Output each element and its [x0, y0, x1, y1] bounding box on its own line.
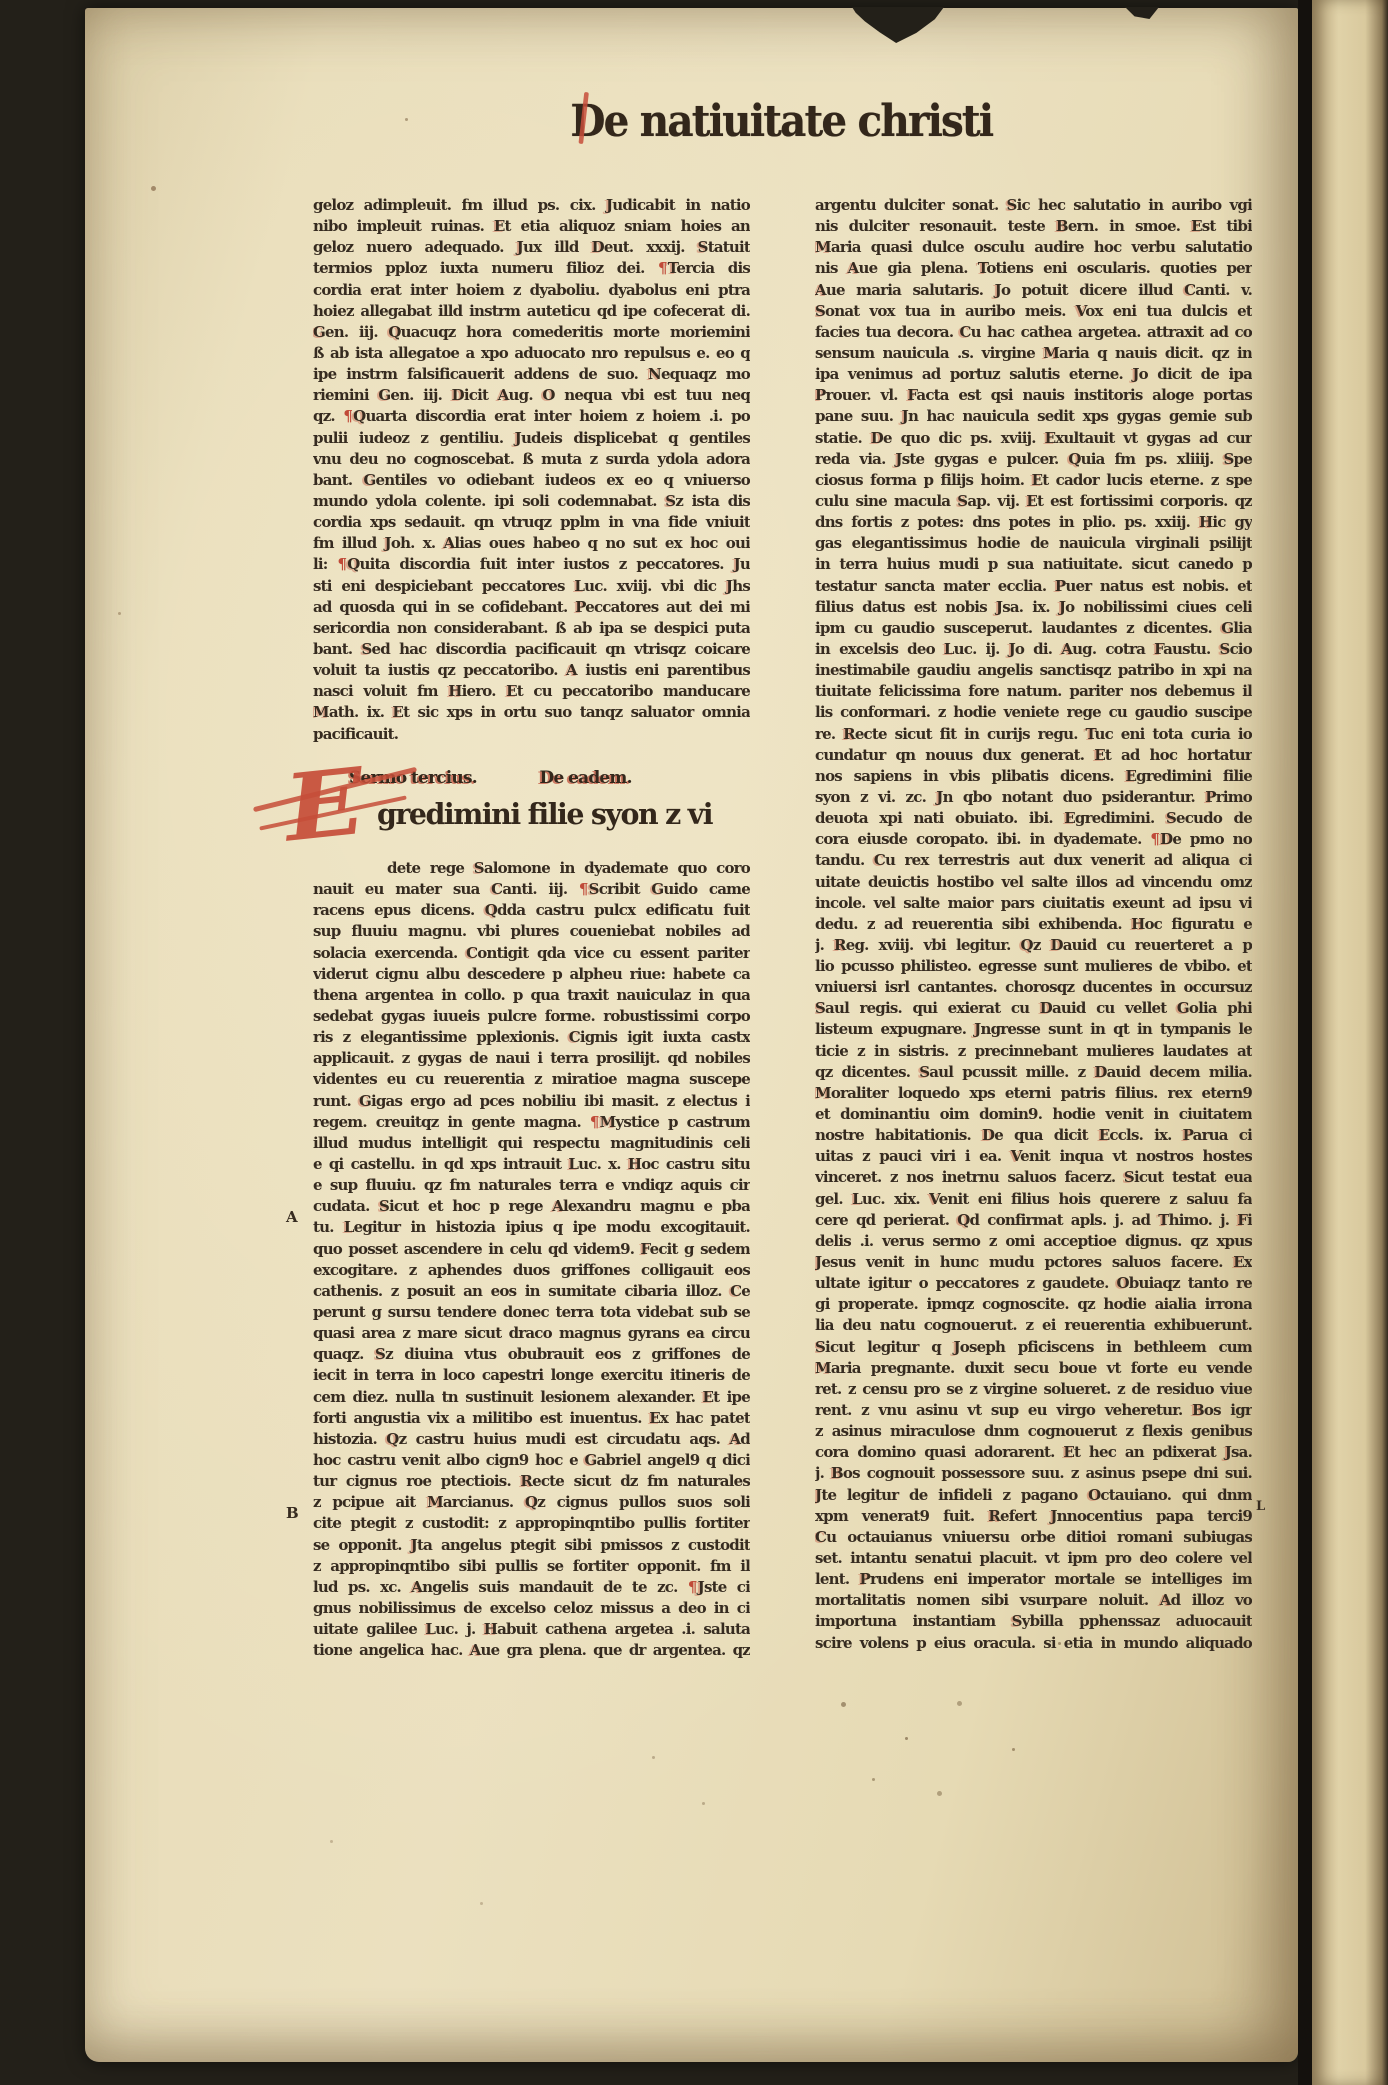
text-line: statie. De quo dic ps. xviij. Exultauit … [815, 428, 1252, 449]
text-line: illud mudus intelligit qui respectu magn… [313, 1133, 750, 1154]
text-line: Maria pregnante. duxit secu boue vt fort… [815, 1358, 1252, 1379]
text-line: tur cignus roe ptectiois. Recte sicut dz… [313, 1471, 750, 1492]
text-line: vniuersi isrl cantantes. chorosqz ducent… [815, 977, 1252, 998]
text-line: nibo impleuit ruinas. Et etia aliquoz sn… [313, 216, 750, 237]
sermon-heading-subject: De eadem. [540, 768, 632, 788]
text-line: e sup fluuiu. qz fm naturales terra e vn… [313, 1175, 750, 1196]
text-line: Prouer. vl. Facta est qsi nauis institor… [815, 385, 1252, 406]
text-line: syon z vi. zc. Jn qbo notant duo psidera… [815, 787, 1252, 808]
text-line: z pcipue ait Marcianus. Qz cignus pullos… [313, 1492, 750, 1513]
text-line: importuna instantiam Sybilla pphenssaz a… [815, 1611, 1252, 1632]
text-line: argentu dulciter sonat. Sic hec salutati… [815, 195, 1252, 216]
text-line: sti eni despiciebant peccatores Luc. xvi… [313, 576, 750, 597]
text-line: facies tua decora. Cu hac cathea argetea… [815, 322, 1252, 343]
text-line: li: ¶Quita discordia fuit inter iustos z… [313, 554, 750, 575]
text-line: reda via. Jste gygas e pulcer. Quia fm p… [815, 449, 1252, 470]
text-line: gel. Luc. xix. Venit eni filius hois que… [815, 1189, 1252, 1210]
text-line: voluit ta iustis qz peccatoribo. A iusti… [313, 660, 750, 681]
text-line: Sonat vox tua in auribo meis. Vox eni tu… [815, 301, 1252, 322]
text-line: incole. vel salte maior pars ciuitatis e… [815, 893, 1252, 914]
text-line: delis .i. verus sermo z omi acceptioe di… [815, 1231, 1252, 1252]
text-line: lis conformari. z hodie veniete rege cu … [815, 702, 1252, 723]
text-line: bant. Gentiles vo odiebant iudeos ex eo … [313, 470, 750, 491]
text-line: hoc castru venit albo cign9 hoc e Gabrie… [313, 1450, 750, 1471]
text-line: dedu. z ad reuerentia sibi exhibenda. Ho… [815, 914, 1252, 935]
text-line: qz. ¶Quarta discordia erat inter hoiem z… [313, 406, 750, 427]
text-line: ticie z in sistris. z precinnebant mulie… [815, 1041, 1252, 1062]
text-line: ret. z censu pro se z virgine solueret. … [815, 1379, 1252, 1400]
next-page-edge [1312, 0, 1388, 2085]
text-line: lud ps. xc. Angelis suis mandauit de te … [313, 1577, 750, 1598]
text-column-left: geloz adimpleuit. fm illud ps. cix. Judi… [313, 195, 750, 1665]
text-line: testatur sancta mater ecclia. Puer natus… [815, 576, 1252, 597]
text-line: z appropinqntibo sibi pullis se fortiter… [313, 1556, 750, 1577]
text-line: ris z elegantissime pplexionis. Cignis i… [313, 1027, 750, 1048]
text-line: Aue maria salutaris. Jo potuit dicere il… [815, 280, 1252, 301]
text-line: Jte legitur de infideli z pagano Octauia… [815, 1485, 1252, 1506]
text-line: Gen. iij. Quacuqz hora comederitis morte… [313, 322, 750, 343]
text-line: Jesus venit in hunc mudu pctores saluos … [815, 1252, 1252, 1273]
text-line: sericordia non considerabant. ß ab ipa s… [313, 618, 750, 639]
text-line: dns fortis z potes: dns potes in plio. p… [815, 512, 1252, 533]
rubricated-d: De eadem. [540, 768, 632, 788]
scanned-book-spread: De natiuitate christi geloz adimpleuit. … [0, 0, 1388, 2085]
text-line: histozia. Qz castru huius mudi est circu… [313, 1429, 750, 1450]
text-line: ipa venimus ad portuz salutis eterne. Jo… [815, 364, 1252, 385]
text-line: solacia exercenda. Contigit qda vice cu … [313, 943, 750, 964]
text-line: bant. Sed hac discordia pacificauit qn v… [313, 639, 750, 660]
text-line: uitas z pauci viri i ea. Venit inqua vt … [815, 1146, 1252, 1167]
text-line: cudata. Sicut et hoc p rege Alexandru ma… [313, 1196, 750, 1217]
text-line: pulii iudeoz z gentiliu. Judeis displice… [313, 428, 750, 449]
text-line: forti angustia vix a militibo est inuent… [313, 1408, 750, 1429]
text-line: uitate deuictis hostibo vel salte illos … [815, 872, 1252, 893]
text-line: nostre habitationis. De qua dicit Eccls.… [815, 1125, 1252, 1146]
text-line: mortalitatis nomen sibi vsurpare noluit.… [815, 1590, 1252, 1611]
text-line: et dominantiu oim domin9. hodie venit in… [815, 1104, 1252, 1125]
text-line: se opponit. Jta angelus ptegit sibi pmis… [313, 1535, 750, 1556]
text-line: filius datus est nobis Jsa. ix. Jo nobil… [815, 597, 1252, 618]
text-line: set. intantu senatui placuit. vt ipm pro… [815, 1548, 1252, 1569]
text-line: iecit in terra in loco capestri longe ex… [313, 1365, 750, 1386]
text-line: riemini Gen. iij. Dicit Aug. O nequa vbi… [313, 385, 750, 406]
text-line: deuota xpi nati obuiato. ibi. Egredimini… [815, 808, 1252, 829]
text-line: Sicut legitur q Joseph pficiscens in bet… [815, 1337, 1252, 1358]
text-line: in excelsis deo Luc. ij. Jo di. Aug. cot… [815, 639, 1252, 660]
text-line: nasci voluit fm Hiero. Et cu peccatoribo… [313, 681, 750, 702]
text-line: pacificauit. [313, 724, 750, 745]
text-line: Moraliter loquedo xps eterni patris fili… [815, 1083, 1252, 1104]
text-line: termios pploz iuxta numeru filioz dei. ¶… [313, 258, 750, 279]
text-line: sensum nauicula .s. virgine Maria q naui… [815, 343, 1252, 364]
text-line: Math. ix. Et sic xps in ortu suo tanqz s… [313, 702, 750, 723]
text-line: re. Recte sicut fit in curijs regu. Tuc … [815, 724, 1252, 745]
text-line: quo posset ascendere in celu qd videm9. … [313, 1239, 750, 1260]
text-line: culu sine macula Sap. vij. Et est fortis… [815, 491, 1252, 512]
text-line: cordia xps sedauit. qn vtruqz pplm in vn… [313, 512, 750, 533]
left-column-lower-text: dete rege Salomone in dyademate quo coro… [313, 858, 750, 1661]
text-line: runt. Gigas ergo ad pces nobiliu ibi mas… [313, 1091, 750, 1112]
margin-signature-b: B [286, 1504, 299, 1522]
running-title: De natiuitate christi [313, 96, 1250, 147]
text-line: uitate galilee Luc. j. Habuit cathena ar… [313, 1619, 750, 1640]
text-line: thena argentea in collo. p qua traxit na… [313, 985, 750, 1006]
text-line: cem diez. nulla tn sustinuit lesionem al… [313, 1387, 750, 1408]
text-line: nis dulciter resonauit. teste Bern. in s… [815, 216, 1252, 237]
text-line: scire volens p eius oracula. si etia in … [815, 1633, 1252, 1654]
text-line: nos sapiens in vbis plibatis dicens. Egr… [815, 766, 1252, 787]
text-line: gas elegantissimus hodie de nauicula vir… [815, 533, 1252, 554]
text-line: qz dicentes. Saul pcussit mille. z Dauid… [815, 1062, 1252, 1083]
text-line: applicauit. z gygas de naui i terra pros… [313, 1048, 750, 1069]
text-line: ß ab ista allegatoe a xpo aduocato nro r… [313, 343, 750, 364]
text-line: in terra huius mudi p sua natiuitate. si… [815, 554, 1252, 575]
text-line: cora domino quasi adorarent. Et hec an p… [815, 1442, 1252, 1463]
text-column-right: argentu dulciter sonat. Sic hec salutati… [815, 195, 1252, 1665]
text-line: ciosus forma p filijs hoim. Et cador luc… [815, 470, 1252, 491]
paper-specks [0, 0, 3, 3]
text-line: cite ptegit z custodit: z appropinqntibo… [313, 1513, 750, 1534]
text-line: e qi castellu. in qd xps intrauit Luc. x… [313, 1154, 750, 1175]
page-gutter [1298, 0, 1312, 2085]
text-line: vinceret. z nos inetrnu saluos facerz. S… [815, 1167, 1252, 1188]
text-line: tu. Legitur in histozia ipius q ipe modu… [313, 1217, 750, 1238]
text-line: nauit eu mater sua Canti. iij. ¶Scribit … [313, 879, 750, 900]
text-line: ultate igitur o peccatores z gaudete. Ob… [815, 1273, 1252, 1294]
text-line: quaqz. Sz diuina vtus obubrauit eos z gr… [313, 1344, 750, 1365]
text-line: cathenis. z posuit an eos in sumitate ci… [313, 1281, 750, 1302]
text-line: quasi area z mare sicut draco magnus gyr… [313, 1323, 750, 1344]
text-line: geloz nuero adequado. Jux illd Deut. xxx… [313, 237, 750, 258]
running-title-rest: e natiuitate christi [604, 96, 993, 147]
text-line: rent. z vnu asinu vt sup eu virgo vehere… [815, 1400, 1252, 1421]
text-line: viderut cignu albu descedere p alpheu ri… [313, 964, 750, 985]
text-line: inestimabile gaudiu angelis sanctisqz pa… [815, 660, 1252, 681]
text-line: ipm cu gaudio susceperut. laudantes z di… [815, 618, 1252, 639]
text-line: sup fluuiu magnu. vbi plures coueniebat … [313, 921, 750, 942]
text-line: nis Aue gia plena. Totiens eni oscularis… [815, 258, 1252, 279]
margin-mark-right: L [1256, 1499, 1265, 1514]
text-line: racens epus dicens. Qdda castru pulcx ed… [313, 900, 750, 921]
text-line: lent. Prudens eni imperator mortale se i… [815, 1569, 1252, 1590]
text-line: lio pcusso philisteo. egresse sunt mulie… [815, 956, 1252, 977]
text-line: dete rege Salomone in dyademate quo coro [313, 858, 750, 879]
text-line: cundatur qn nouus dux generat. Et ad hoc… [815, 745, 1252, 766]
text-line: xpm venerat9 fuit. Refert Jnnocentius pa… [815, 1506, 1252, 1527]
text-line: tione angelica hac. Aue gra plena. que d… [313, 1640, 750, 1661]
text-line: cora eiusde coropato. ibi. in dyademate.… [815, 829, 1252, 850]
text-line: cordia erat inter hoiem z dyaboliu. dyab… [313, 280, 750, 301]
text-line: Maria quasi dulce osculu audire hoc verb… [815, 237, 1252, 258]
text-line: z asinus miraculose dnm cognouerut z fle… [815, 1421, 1252, 1442]
left-column-upper-text: geloz adimpleuit. fm illud ps. cix. Judi… [313, 195, 750, 745]
sermon-opening-line: gredimini filie syon z vi [377, 797, 712, 831]
text-line: geloz adimpleuit. fm illud ps. cix. Judi… [313, 195, 750, 216]
text-line: gi properate. ipmqz cognoscite. qz hodie… [815, 1294, 1252, 1315]
text-line: videntes eu cu reuerentia z miratioe mag… [313, 1069, 750, 1090]
text-line: cere qd perierat. Qd confirmat apls. j. … [815, 1210, 1252, 1231]
text-line: excogitare. z aphendes duos griffones co… [313, 1260, 750, 1281]
text-line: gnus nobilissimus de excelso celoz missu… [313, 1598, 750, 1619]
rubricated-initial-d: D [571, 96, 604, 147]
text-line: lia deu natu cognouerut. z ei reuerentia… [815, 1315, 1252, 1336]
text-line: ipe instrm falsificauerit addens de suo.… [313, 364, 750, 385]
text-line: pane suu. Jn hac nauicula sedit xps gyga… [815, 406, 1252, 427]
text-line: perunt g sursu tendere donec terra tota … [313, 1302, 750, 1323]
text-line: vnu deu no cognoscebat. ß muta z surda y… [313, 449, 750, 470]
lombard-initial-e: E [281, 757, 368, 853]
text-line: j. Reg. xviij. vbi legitur. Qz Dauid cu … [815, 935, 1252, 956]
text-line: sedebat gygas iuueis pulcre forme. robus… [313, 1006, 750, 1027]
text-line: fm illud Joh. x. Alias oues habeo q no s… [313, 533, 750, 554]
text-line: listeum expugnare. Jngresse sunt in qt i… [815, 1019, 1252, 1040]
text-line: j. Bos cognouit possessore suu. z asinus… [815, 1463, 1252, 1484]
text-line: tandu. Cu rex terrestris aut dux venerit… [815, 850, 1252, 871]
text-line: mundo ydola colente. ipi soli codemnabat… [313, 491, 750, 512]
margin-signature-a: A [286, 1208, 298, 1226]
text-line: tiuitate felicissima fore natum. pariter… [815, 681, 1252, 702]
text-line: ad quosda qui in se cofidebant. Peccator… [313, 597, 750, 618]
text-line: Cu octauianus vniuersu orbe ditioi roman… [815, 1527, 1252, 1548]
text-line: hoiez allegabat illd instrm auteticu qd … [313, 301, 750, 322]
right-column-text: argentu dulciter sonat. Sic hec salutati… [815, 195, 1252, 1654]
text-line: regem. creuitqz in gente magna. ¶Mystice… [313, 1112, 750, 1133]
running-title-text: De natiuitate christi [571, 96, 993, 147]
text-line: Saul regis. qui exierat cu Dauid cu vell… [815, 998, 1252, 1019]
